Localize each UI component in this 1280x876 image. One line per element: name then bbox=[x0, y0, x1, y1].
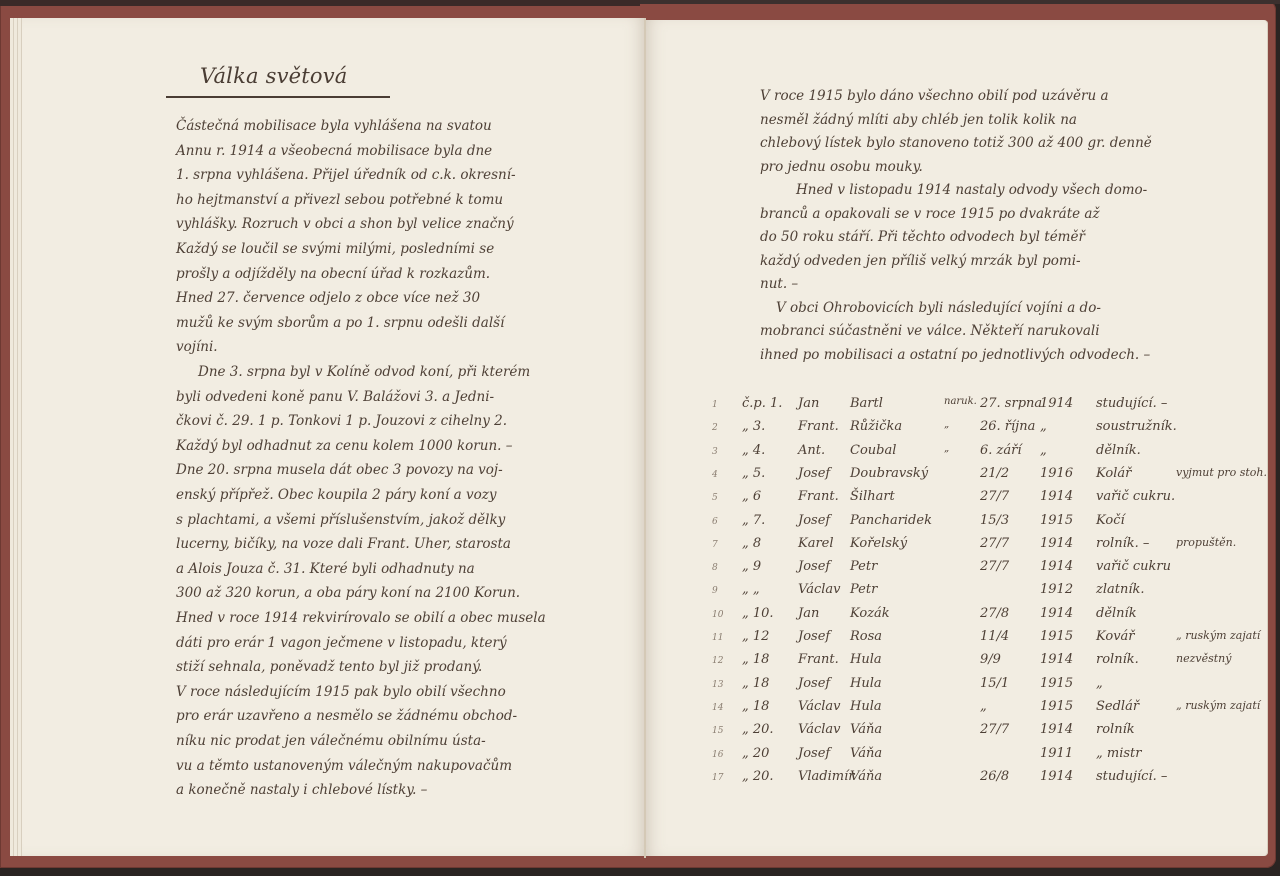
text-line: chlebový lístek bylo stanoveno totiž 300… bbox=[760, 135, 1152, 151]
text-line: ihned po mobilisaci a ostatní po jednotl… bbox=[760, 347, 1150, 363]
house-number: č.p. 1. bbox=[742, 396, 782, 411]
house-number: „ 20. bbox=[742, 769, 774, 784]
first-name: Jan bbox=[798, 396, 819, 411]
roster-row: 13„ 18JosefHula15/11915„ bbox=[712, 676, 1252, 698]
row-number: 3 bbox=[712, 447, 718, 457]
last-name: Petr bbox=[850, 559, 877, 574]
last-name: Rosa bbox=[850, 629, 882, 644]
roster-row: 1č.p. 1.JanBartlnaruk.27. srpna1914studu… bbox=[712, 396, 1252, 418]
row-number: 5 bbox=[712, 493, 718, 503]
enlist-date: 27/7 bbox=[980, 489, 1009, 504]
row-number: 10 bbox=[712, 610, 723, 620]
roster-row: 7„ 8KarelKořelský27/71914rolník. –propuš… bbox=[712, 536, 1252, 558]
enlist-note: „ bbox=[944, 443, 949, 454]
last-name: Váňa bbox=[850, 769, 882, 784]
occupation: „ bbox=[1096, 676, 1103, 691]
occupation: rolník. bbox=[1096, 652, 1139, 667]
occupation: rolník bbox=[1096, 722, 1135, 737]
first-name: Jan bbox=[798, 606, 819, 621]
first-name: Vladimír bbox=[798, 769, 854, 784]
row-number: 17 bbox=[712, 773, 723, 783]
enlist-year: 1914 bbox=[1040, 722, 1073, 737]
last-name: Doubravský bbox=[850, 466, 928, 481]
enlist-year: 1916 bbox=[1040, 466, 1073, 481]
first-name: Frant. bbox=[798, 419, 839, 434]
row-number: 14 bbox=[712, 703, 723, 713]
first-name: Josef bbox=[798, 513, 830, 528]
roster-row: 14„ 18VáclavHula„1915Sedlář„ ruským zaja… bbox=[712, 699, 1252, 721]
roster-row: 12„ 18Frant.Hula9/91914rolník.nezvěstný bbox=[712, 652, 1252, 674]
text-line: každý odveden jen příliš velký mrzák byl… bbox=[760, 253, 1081, 269]
text-line: Annu r. 1914 a všeobecná mobilisace byla… bbox=[176, 143, 492, 159]
chapter-title: Válka světová bbox=[200, 64, 348, 88]
text-line: 300 až 320 korun, a oba páry koní na 210… bbox=[176, 585, 520, 601]
roster-row: 11„ 12JosefRosa11/41915Kovář„ ruským zaj… bbox=[712, 629, 1252, 651]
roster-row: 4„ 5.JosefDoubravský21/21916Kolářvyjmut … bbox=[712, 466, 1252, 488]
roster-row: 9„ „VáclavPetr1912zlatník. bbox=[712, 582, 1252, 604]
last-name: Váňa bbox=[850, 746, 882, 761]
enlist-date: 11/4 bbox=[980, 629, 1009, 644]
first-name: Josef bbox=[798, 559, 830, 574]
last-name: Kozák bbox=[850, 606, 890, 621]
text-line: Částečná mobilisace byla vyhlášena na sv… bbox=[176, 118, 492, 134]
remark: nezvěstný bbox=[1176, 652, 1231, 665]
first-name: Josef bbox=[798, 629, 830, 644]
first-name: Ant. bbox=[798, 443, 825, 458]
house-number: „ 8 bbox=[742, 536, 761, 551]
text-line: stiží sehnala, poněvadž tento byl již pr… bbox=[176, 659, 482, 675]
text-line: Hned 27. července odjelo z obce více než… bbox=[176, 290, 480, 306]
occupation: soustružník. bbox=[1096, 419, 1177, 434]
text-line: V roce 1915 bylo dáno všechno obilí pod … bbox=[760, 88, 1109, 104]
last-name: Kořelský bbox=[850, 536, 907, 551]
enlist-date: 26. října bbox=[980, 419, 1035, 434]
text-line: a Alois Jouza č. 31. Které byli odhadnut… bbox=[176, 561, 475, 577]
enlist-year: 1914 bbox=[1040, 652, 1073, 667]
remark: „ ruským zajatí bbox=[1176, 699, 1260, 712]
first-name: Frant. bbox=[798, 489, 839, 504]
occupation: „ mistr bbox=[1096, 746, 1141, 761]
row-number: 13 bbox=[712, 680, 723, 690]
row-number: 15 bbox=[712, 726, 723, 736]
enlist-year: 1914 bbox=[1040, 396, 1073, 411]
house-number: „ 9 bbox=[742, 559, 761, 574]
house-number: „ 6 bbox=[742, 489, 761, 504]
enlist-date: 27/7 bbox=[980, 722, 1009, 737]
last-name: Pancharidek bbox=[850, 513, 932, 528]
enlist-date: 21/2 bbox=[980, 466, 1009, 481]
enlist-year: 1914 bbox=[1040, 606, 1073, 621]
first-name: Václav bbox=[798, 699, 840, 714]
house-number: „ 5. bbox=[742, 466, 765, 481]
text-line: Hned v listopadu 1914 nastaly odvody vše… bbox=[796, 182, 1147, 198]
text-line: V roce následujícím 1915 pak bylo obilí … bbox=[176, 684, 506, 700]
text-line: vyhlášky. Rozruch v obci a shon byl veli… bbox=[176, 216, 514, 232]
row-number: 7 bbox=[712, 540, 718, 550]
roster-row: 2„ 3.Frant.Růžička„26. října„soustružník… bbox=[712, 419, 1252, 441]
text-line: byli odvedeni koně panu V. Balážovi 3. a… bbox=[176, 389, 494, 405]
enlist-year: „ bbox=[1040, 419, 1047, 434]
enlist-year: 1914 bbox=[1040, 489, 1073, 504]
text-line: vu a těmto ustanoveným válečným nakupova… bbox=[176, 758, 512, 774]
enlist-date: 9/9 bbox=[980, 652, 1001, 667]
roster-row: 15„ 20.VáclavVáňa27/71914rolník bbox=[712, 722, 1252, 744]
last-name: Coubal bbox=[850, 443, 896, 458]
enlist-date: 27. srpna bbox=[980, 396, 1042, 411]
roster-row: 8„ 9JosefPetr27/71914vařič cukru bbox=[712, 559, 1252, 581]
text-line: branců a opakovali se v roce 1915 po dva… bbox=[760, 206, 1100, 222]
house-number: „ 12 bbox=[742, 629, 769, 644]
occupation: dělník bbox=[1096, 606, 1137, 621]
occupation: vařič cukru. bbox=[1096, 489, 1175, 504]
remark: vyjmut pro stoh. bbox=[1176, 466, 1267, 479]
occupation: Kovář bbox=[1096, 629, 1135, 644]
text-line: Hned v roce 1914 rekvirírovalo se obilí … bbox=[176, 610, 546, 626]
text-line: mužů ke svým sborům a po 1. srpnu odešli… bbox=[176, 315, 504, 331]
enlist-note: naruk. bbox=[944, 396, 977, 407]
occupation: vařič cukru bbox=[1096, 559, 1171, 574]
occupation: studující. – bbox=[1096, 396, 1167, 411]
row-number: 8 bbox=[712, 563, 718, 573]
roster-row: 6„ 7.JosefPancharidek15/31915Kočí bbox=[712, 513, 1252, 535]
enlist-year: 1914 bbox=[1040, 559, 1073, 574]
roster-row: 10„ 10.JanKozák27/81914dělník bbox=[712, 606, 1252, 628]
first-name: Václav bbox=[798, 582, 840, 597]
enlist-year: 1914 bbox=[1040, 536, 1073, 551]
row-number: 6 bbox=[712, 517, 718, 527]
book-gutter bbox=[644, 18, 646, 858]
row-number: 1 bbox=[712, 400, 718, 410]
occupation: zlatník. bbox=[1096, 582, 1145, 597]
enlist-year: 1914 bbox=[1040, 769, 1073, 784]
text-line: lucerny, bičíky, na voze dali Frant. Uhe… bbox=[176, 536, 511, 552]
first-name: Josef bbox=[798, 746, 830, 761]
text-line: mobranci súčastněni ve válce. Někteří na… bbox=[760, 323, 1100, 339]
roster-row: 17„ 20.VladimírVáňa26/81914studující. – bbox=[712, 769, 1252, 791]
text-line: Každý byl odhadnut za cenu kolem 1000 ko… bbox=[176, 438, 512, 454]
occupation: Kočí bbox=[1096, 513, 1125, 528]
enlist-date: 15/3 bbox=[980, 513, 1009, 528]
enlist-year: 1915 bbox=[1040, 676, 1073, 691]
enlist-note: „ bbox=[944, 419, 949, 430]
house-number: „ 18 bbox=[742, 676, 769, 691]
last-name: Růžička bbox=[850, 419, 902, 434]
text-line: dáti pro erár 1 vagon ječmene v listopad… bbox=[176, 635, 507, 651]
text-line: nut. – bbox=[760, 276, 798, 292]
last-name: Šilhart bbox=[850, 489, 895, 504]
text-line: nesměl žádný mlíti aby chléb jen tolik k… bbox=[760, 112, 1077, 128]
text-line: Každý se loučil se svými milými, posledn… bbox=[176, 241, 494, 257]
house-number: „ 7. bbox=[742, 513, 765, 528]
remark: „ ruským zajatí bbox=[1176, 629, 1260, 642]
first-name: Frant. bbox=[798, 652, 839, 667]
house-number: „ 10. bbox=[742, 606, 774, 621]
last-name: Hula bbox=[850, 652, 882, 667]
occupation: Sedlář bbox=[1096, 699, 1139, 714]
text-line: s plachtami, a všemi příslušenstvím, jak… bbox=[176, 512, 505, 528]
last-name: Váňa bbox=[850, 722, 882, 737]
roster-row: 5„ 6Frant.Šilhart27/71914vařič cukru. bbox=[712, 489, 1252, 511]
house-number: „ 20. bbox=[742, 722, 774, 737]
house-number: „ 3. bbox=[742, 419, 765, 434]
text-line: a konečně nastaly i chlebové lístky. – bbox=[176, 782, 427, 798]
occupation: Kolář bbox=[1096, 466, 1131, 481]
first-name: Josef bbox=[798, 466, 830, 481]
enlist-date: 15/1 bbox=[980, 676, 1009, 691]
enlist-year: 1911 bbox=[1040, 746, 1073, 761]
text-line: 1. srpna vyhlášena. Přijel úředník od c.… bbox=[176, 167, 516, 183]
enlist-year: 1915 bbox=[1040, 629, 1073, 644]
text-line: Dne 3. srpna byl v Kolíně odvod koní, př… bbox=[198, 364, 530, 380]
text-line: do 50 roku stáří. Při těchto odvodech by… bbox=[760, 229, 1085, 245]
last-name: Hula bbox=[850, 676, 882, 691]
house-number: „ „ bbox=[742, 582, 760, 597]
house-number: „ 18 bbox=[742, 699, 769, 714]
first-name: Václav bbox=[798, 722, 840, 737]
title-underline bbox=[166, 96, 390, 98]
row-number: 4 bbox=[712, 470, 718, 480]
row-number: 2 bbox=[712, 423, 718, 433]
text-line: prošly a odjížděly na obecní úřad k rozk… bbox=[176, 266, 490, 282]
text-line: Dne 20. srpna musela dát obec 3 povozy n… bbox=[176, 462, 503, 478]
row-number: 9 bbox=[712, 586, 718, 596]
text-line: čkovi č. 29. 1 p. Tonkovi 1 p. Jouzovi z… bbox=[176, 413, 507, 429]
row-number: 16 bbox=[712, 750, 723, 760]
enlist-year: 1912 bbox=[1040, 582, 1073, 597]
enlist-year: 1915 bbox=[1040, 513, 1073, 528]
cover-edge-top-right bbox=[640, 0, 1280, 4]
house-number: „ 20 bbox=[742, 746, 769, 761]
occupation: dělník. bbox=[1096, 443, 1141, 458]
text-line: pro jednu osobu mouky. bbox=[760, 159, 923, 175]
text-line: pro erár uzavřeno a nesmělo se žádnému o… bbox=[176, 708, 517, 724]
text-line: vojíni. bbox=[176, 339, 218, 355]
last-name: Hula bbox=[850, 699, 882, 714]
enlist-date: 27/8 bbox=[980, 606, 1009, 621]
text-line: ho hejtmanství a přivezl sebou potřebné … bbox=[176, 192, 503, 208]
first-name: Josef bbox=[798, 676, 830, 691]
enlist-year: „ bbox=[1040, 443, 1047, 458]
row-number: 12 bbox=[712, 656, 723, 666]
enlist-year: 1915 bbox=[1040, 699, 1073, 714]
occupation: studující. – bbox=[1096, 769, 1167, 784]
last-name: Petr bbox=[850, 582, 877, 597]
roster-row: 16„ 20JosefVáňa1911„ mistr bbox=[712, 746, 1252, 768]
occupation: rolník. – bbox=[1096, 536, 1149, 551]
enlist-date: 27/7 bbox=[980, 559, 1009, 574]
last-name: Bartl bbox=[850, 396, 883, 411]
remark: propuštěn. bbox=[1176, 536, 1236, 549]
enlist-date: „ bbox=[980, 699, 987, 714]
enlist-date: 6. září bbox=[980, 443, 1022, 458]
enlist-date: 27/7 bbox=[980, 536, 1009, 551]
house-number: „ 18 bbox=[742, 652, 769, 667]
roster-row: 3„ 4.Ant.Coubal„6. září„dělník. bbox=[712, 443, 1252, 465]
text-line: V obci Ohrobovicích byli následující voj… bbox=[776, 300, 1101, 316]
cover-edge-top-left bbox=[0, 0, 640, 6]
text-line: enský přípřež. Obec koupila 2 páry koní … bbox=[176, 487, 496, 503]
enlist-date: 26/8 bbox=[980, 769, 1009, 784]
text-line: níku nic prodat jen válečnému obilnímu ú… bbox=[176, 733, 486, 749]
first-name: Karel bbox=[798, 536, 834, 551]
row-number: 11 bbox=[712, 633, 723, 643]
house-number: „ 4. bbox=[742, 443, 765, 458]
